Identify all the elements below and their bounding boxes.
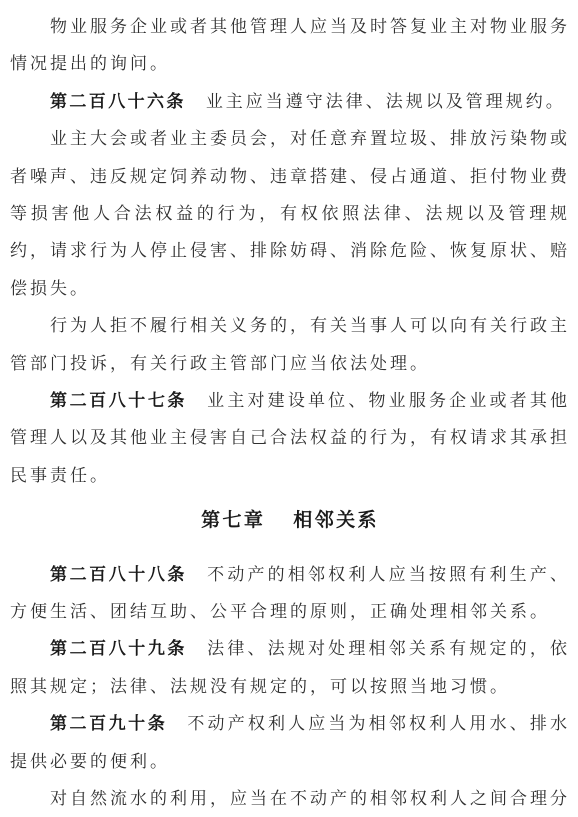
paragraph-article-290-body: 对自然流水的利用，应当在不动产的相邻权利人之间合理分 bbox=[10, 780, 570, 817]
paragraph-text: 对自然流水的利用，应当在不动产的相邻权利人之间合理分 bbox=[50, 789, 570, 808]
paragraph-article-287: 第二百八十七条业主对建设单位、物业服务企业或者其他管理人以及其他业主侵害自己合法… bbox=[10, 382, 570, 494]
article-number-288: 第二百八十八条 bbox=[50, 565, 187, 584]
paragraph-article-286: 第二百八十六条业主应当遵守法律、法规以及管理规约。 bbox=[10, 83, 570, 120]
document-page: 物业服务企业或者其他管理人应当及时答复业主对物业服务情况提出的询问。 第二百八十… bbox=[0, 0, 578, 817]
paragraph-text: 业主应当遵守法律、法规以及管理规约。 bbox=[206, 92, 566, 111]
article-number-287: 第二百八十七条 bbox=[50, 391, 187, 410]
chapter-heading: 第七章相邻关系 bbox=[10, 502, 570, 539]
paragraph-article-289: 第二百八十九条法律、法规对处理相邻关系有规定的，依照其规定；法律、法规没有规定的… bbox=[10, 630, 570, 705]
paragraph-article-286-body-2: 行为人拒不履行相关义务的，有关当事人可以向有关行政主管部门投诉，有关行政主管部门… bbox=[10, 307, 570, 382]
paragraph-text: 物业服务企业或者其他管理人应当及时答复业主对物业服务情况提出的询问。 bbox=[10, 17, 570, 73]
paragraph-text: 业主大会或者业主委员会，对任意弃置垃圾、排放污染物或者噪声、违反规定饲养动物、违… bbox=[10, 129, 570, 298]
article-number-289: 第二百八十九条 bbox=[50, 639, 187, 658]
paragraph-article-290: 第二百九十条不动产权利人应当为相邻权利人用水、排水提供必要的便利。 bbox=[10, 705, 570, 780]
paragraph-article-288: 第二百八十八条不动产的相邻权利人应当按照有利生产、方便生活、团结互助、公平合理的… bbox=[10, 556, 570, 631]
article-number-290: 第二百九十条 bbox=[50, 714, 167, 733]
article-number-286: 第二百八十六条 bbox=[50, 92, 186, 111]
paragraph-article-286-body-1: 业主大会或者业主委员会，对任意弃置垃圾、排放污染物或者噪声、违反规定饲养动物、违… bbox=[10, 120, 570, 307]
chapter-title: 相邻关系 bbox=[293, 510, 379, 531]
paragraph-article-286-intro: 物业服务企业或者其他管理人应当及时答复业主对物业服务情况提出的询问。 bbox=[10, 8, 570, 83]
paragraph-text: 行为人拒不履行相关义务的，有关当事人可以向有关行政主管部门投诉，有关行政主管部门… bbox=[10, 316, 570, 372]
chapter-number: 第七章 bbox=[201, 510, 265, 531]
